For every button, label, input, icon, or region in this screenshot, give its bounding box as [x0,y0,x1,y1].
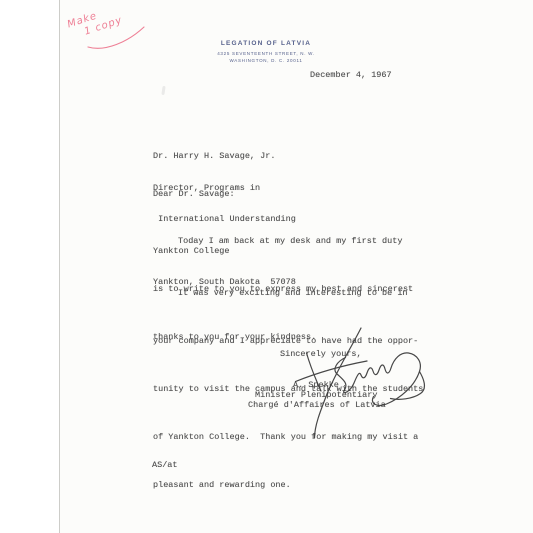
salutation: Dear Dr. Savage: [153,189,235,200]
letterhead-address-line2: WASHINGTON, D. C. 20011 [211,58,321,63]
body-line: Today I am back at my desk and my first … [153,233,413,249]
paper-edge [59,0,60,533]
signer-name: A. Spekke [293,380,339,391]
body-line: It was very exciting and interesting to … [153,285,423,301]
letterhead-org: LEGATION OF LATVIA [156,40,376,47]
date-line: December 4, 1967 [310,70,392,81]
valediction: Sincerely yours, [280,349,362,360]
scanned-letter: Make 1 copy LEGATION OF LATVIA 4325 SEVE… [0,0,533,533]
reference-initials: AS/at [152,460,178,471]
signer-title-2: Chargé d'Affaires of Latvia [248,400,386,411]
signer-title-1: Minister Plenipotentiary [255,390,377,401]
body-paragraph-2: It was very exciting and interesting to … [153,253,423,525]
body-line: your company and I appreciate to have ha… [153,333,423,349]
letterhead-address-line1: 4325 SEVENTEENTH STREET, N. W. [211,51,321,56]
recipient-line: Dr. Harry H. Savage, Jr. [153,151,296,162]
body-line: pleasant and rewarding one. [153,477,423,493]
body-line: of Yankton College. Thank you for making… [153,429,423,445]
